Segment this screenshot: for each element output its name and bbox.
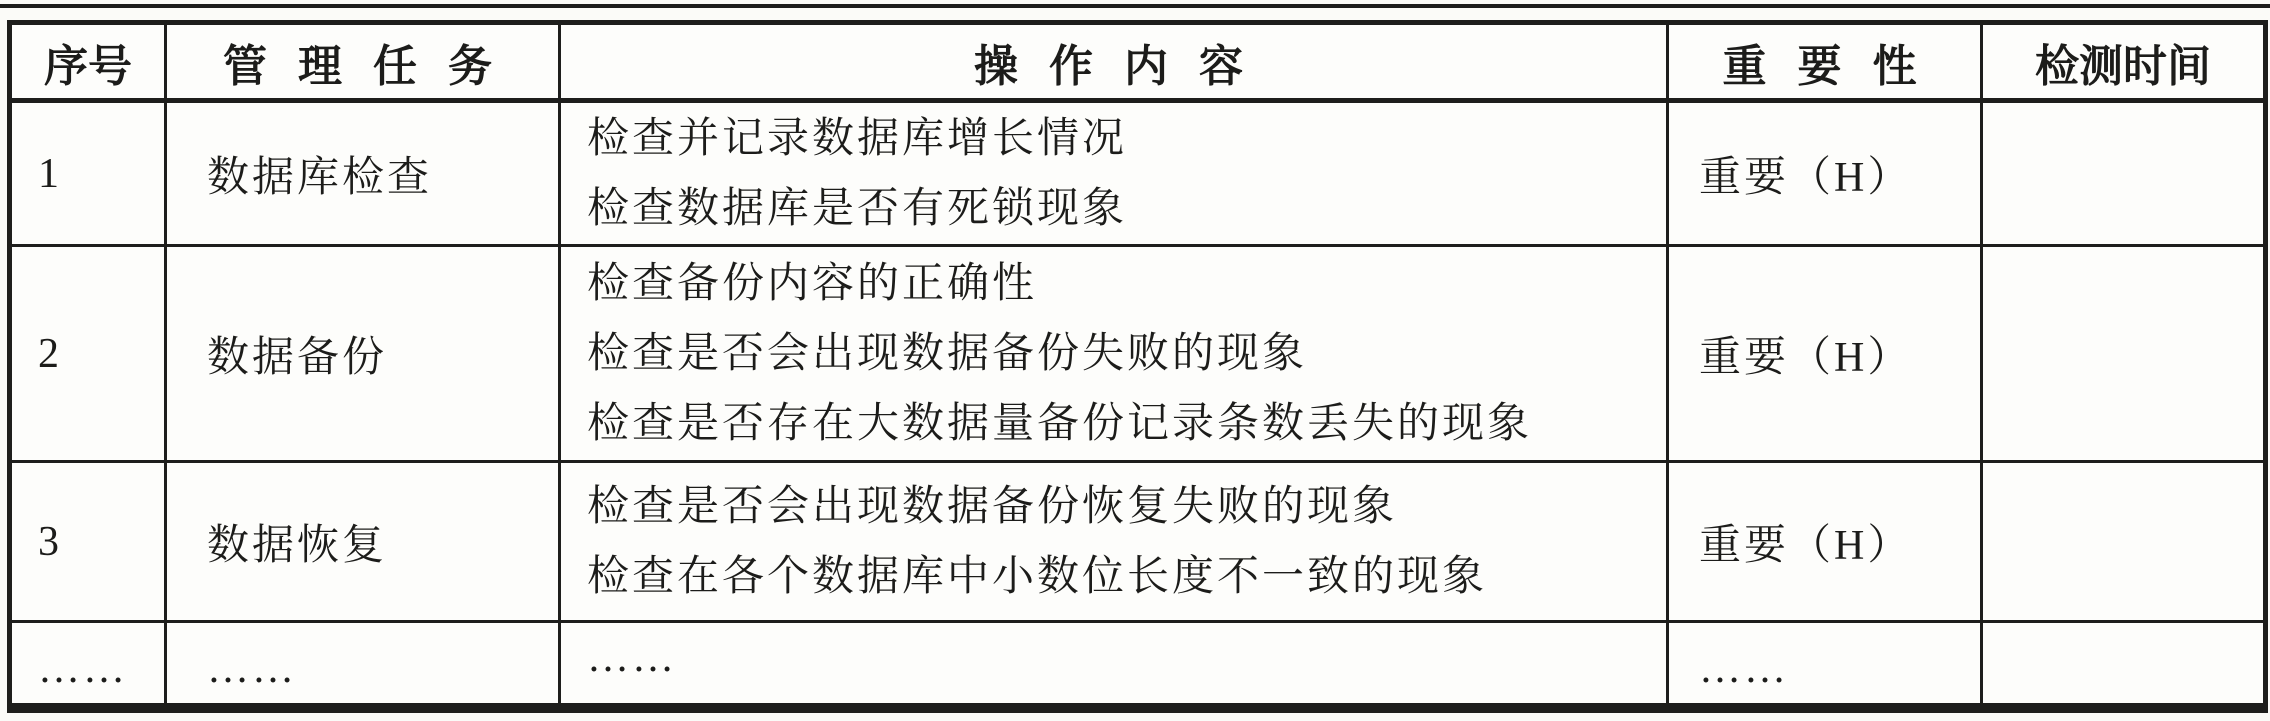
row-number-cell: 3 <box>10 462 166 622</box>
task-cell: 数据恢复 <box>166 462 560 622</box>
row-number-cell: 2 <box>10 246 166 462</box>
col-header-operations: 操 作 内 容 <box>560 23 1668 101</box>
maintenance-task-table: 序号 管 理 任 务 操 作 内 容 重 要 性 检测时间 1 数据库检查 检查… <box>7 20 2268 713</box>
detection-time-cell <box>1982 246 2266 462</box>
table-top-rule <box>0 4 2270 8</box>
operations-cell: 检查是否会出现数据备份恢复失败的现象 检查在各个数据库中小数位长度不一致的现象 <box>560 462 1668 622</box>
task-cell: 数据库检查 <box>166 101 560 246</box>
task-cell: 数据备份 <box>166 246 560 462</box>
table-row: 1 数据库检查 检查并记录数据库增长情况 检查数据库是否有死锁现象 重要（H） <box>10 101 2266 246</box>
detection-time-cell <box>1982 622 2266 709</box>
header-row: 序号 管 理 任 务 操 作 内 容 重 要 性 检测时间 <box>10 23 2266 101</box>
operations-cell: 检查备份内容的正确性 检查是否会出现数据备份失败的现象 检查是否存在大数据量备份… <box>560 246 1668 462</box>
row-number-cell: …… <box>10 622 166 709</box>
operation-line: 检查是否会出现数据备份恢复失败的现象 <box>587 472 1656 542</box>
operation-line: 检查备份内容的正确性 <box>587 249 1656 319</box>
col-header-importance: 重 要 性 <box>1668 23 1982 101</box>
operation-line: 检查是否会出现数据备份失败的现象 <box>587 319 1656 389</box>
operations-cell: …… <box>560 622 1668 709</box>
operations-cell: 检查并记录数据库增长情况 检查数据库是否有死锁现象 <box>560 101 1668 246</box>
operation-line: 检查在各个数据库中小数位长度不一致的现象 <box>587 542 1656 612</box>
col-header-task: 管 理 任 务 <box>166 23 560 101</box>
operation-line: …… <box>587 623 1656 693</box>
row-number-cell: 1 <box>10 101 166 246</box>
operation-line: 检查是否存在大数据量备份记录条数丢失的现象 <box>587 389 1656 459</box>
operation-line: 检查并记录数据库增长情况 <box>587 104 1656 174</box>
detection-time-cell <box>1982 462 2266 622</box>
importance-cell: 重要（H） <box>1668 246 1982 462</box>
scanned-page: 序号 管 理 任 务 操 作 内 容 重 要 性 检测时间 1 数据库检查 检查… <box>0 0 2270 721</box>
detection-time-cell <box>1982 101 2266 246</box>
importance-cell: 重要（H） <box>1668 101 1982 246</box>
col-header-no: 序号 <box>10 23 166 101</box>
operation-line: 检查数据库是否有死锁现象 <box>587 174 1656 244</box>
importance-cell: 重要（H） <box>1668 462 1982 622</box>
table-row-ellipsis: …… …… …… …… <box>10 622 2266 709</box>
task-cell: …… <box>166 622 560 709</box>
col-header-detection-time: 检测时间 <box>1982 23 2266 101</box>
table-row: 2 数据备份 检查备份内容的正确性 检查是否会出现数据备份失败的现象 检查是否存… <box>10 246 2266 462</box>
table-row: 3 数据恢复 检查是否会出现数据备份恢复失败的现象 检查在各个数据库中小数位长度… <box>10 462 2266 622</box>
importance-cell: …… <box>1668 622 1982 709</box>
